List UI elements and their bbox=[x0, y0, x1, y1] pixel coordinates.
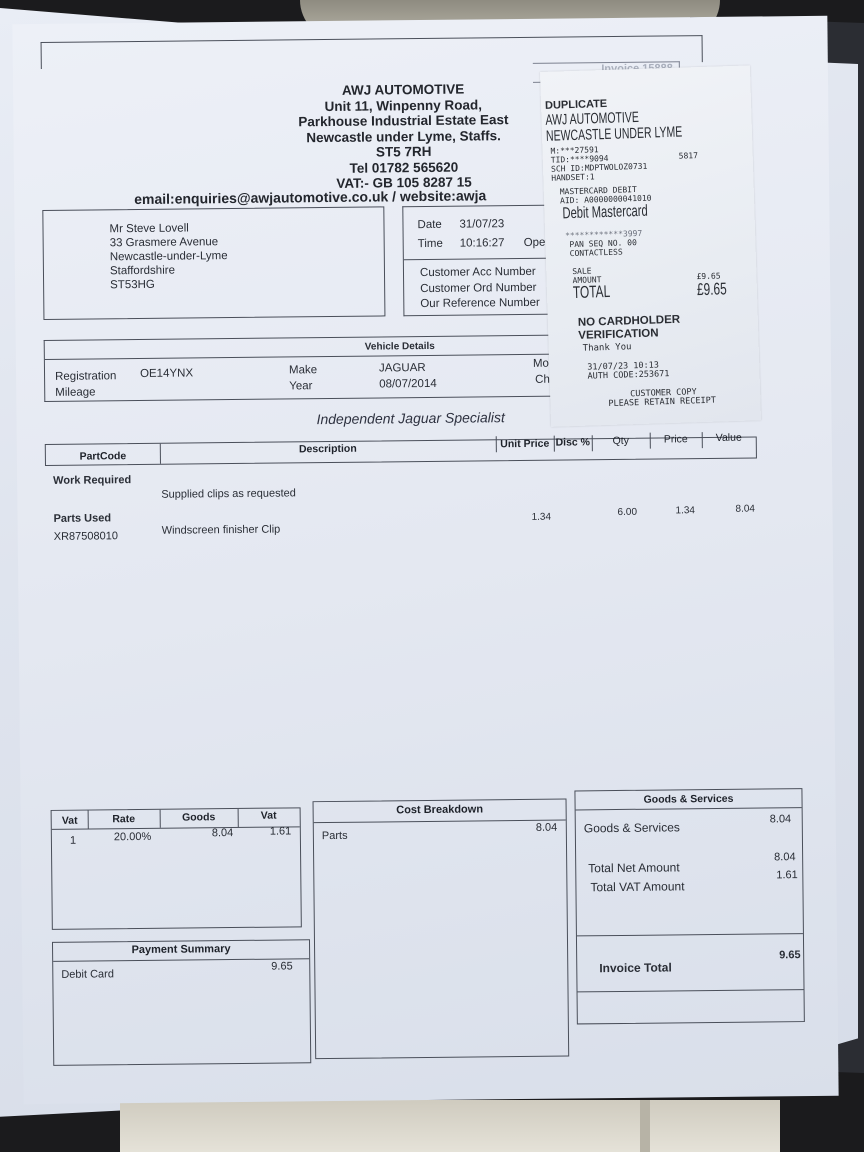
year-label: Year bbox=[289, 380, 312, 392]
vat-goods: 8.04 bbox=[212, 827, 234, 839]
tagline: Independent Jaguar Specialist bbox=[316, 409, 505, 427]
receipt-total-value: £9.65 bbox=[697, 279, 727, 300]
work-required-label: Work Required bbox=[53, 474, 131, 487]
value: 8.04 bbox=[735, 504, 755, 515]
payment-method: Debit Card bbox=[61, 968, 114, 981]
invoice-total-label: Invoice Total bbox=[599, 960, 672, 975]
vat-code: 1 bbox=[70, 835, 76, 847]
total-net-label: Total Net Amount bbox=[588, 860, 680, 875]
total-vat-value: 1.61 bbox=[776, 869, 798, 881]
cost-breakdown-box: Cost Breakdown Parts 8.04 bbox=[313, 799, 570, 1060]
registration-value: OE14YNX bbox=[140, 367, 193, 380]
customer-name: Mr Steve Lovell bbox=[109, 221, 227, 236]
receipt-location: NEWCASTLE UNDER LYME bbox=[546, 124, 683, 145]
vat-amount: 1.61 bbox=[270, 825, 292, 837]
invoice-total-value: 9.65 bbox=[779, 949, 801, 961]
customer-acc-label: Customer Acc Number bbox=[420, 266, 536, 279]
vat-col-goods: Goods bbox=[160, 811, 238, 824]
payment-summary-title: Payment Summary bbox=[53, 942, 309, 957]
receipt-method: CONTACTLESS bbox=[570, 247, 623, 258]
col-partcode: PartCode bbox=[46, 450, 160, 463]
parts-used-label: Parts Used bbox=[53, 512, 111, 525]
vat-col-vat: Vat bbox=[238, 809, 300, 822]
vehicle-details-title: Vehicle Details bbox=[365, 341, 435, 353]
unit-price: 1.34 bbox=[532, 512, 552, 523]
make-value: JAGUAR bbox=[379, 362, 426, 374]
customer-postcode: ST53HG bbox=[110, 277, 228, 292]
price: 1.34 bbox=[675, 505, 695, 516]
cost-row-value: 8.04 bbox=[536, 822, 558, 834]
registration-label: Registration bbox=[55, 370, 116, 383]
customer-address-line: 33 Grasmere Avenue bbox=[110, 235, 228, 250]
goods-services-value: 8.04 bbox=[770, 813, 792, 825]
payment-summary-box: Payment Summary Debit Card 9.65 bbox=[52, 939, 311, 1066]
items-table-header: PartCode Description Unit Price Disc % Q… bbox=[45, 437, 757, 466]
totals-box: Goods & Services Goods & Services 8.04 T… bbox=[574, 788, 804, 1024]
receipt-auth-code: AUTH CODE:253671 bbox=[587, 369, 669, 382]
part-code: XR87508010 bbox=[54, 530, 118, 543]
payment-amount: 9.65 bbox=[271, 960, 293, 972]
our-reference-label: Our Reference Number bbox=[420, 297, 540, 310]
customer-ord-label: Customer Ord Number bbox=[420, 282, 536, 295]
receipt-sch-id: SCH ID:MDPTWOLOZ0731 bbox=[551, 162, 648, 174]
part-description: Windscreen finisher Clip bbox=[162, 524, 281, 537]
company-address-line: Parkhouse Industrial Estate East bbox=[253, 112, 553, 131]
cost-row-label: Parts bbox=[322, 830, 348, 842]
total-net-value: 8.04 bbox=[774, 851, 796, 863]
date-value: 31/07/23 bbox=[459, 218, 504, 230]
col-price: Price bbox=[650, 433, 702, 446]
year-value: 08/07/2014 bbox=[379, 378, 437, 391]
mileage-label: Mileage bbox=[55, 386, 95, 398]
vat-table: Vat Rate Goods Vat 1 20.00% 8.04 1.61 bbox=[51, 807, 302, 930]
col-disc: Disc % bbox=[554, 436, 592, 448]
receipt-thanks: Thank You bbox=[583, 342, 632, 354]
col-description: Description bbox=[160, 441, 496, 457]
divider bbox=[45, 353, 605, 360]
company-contact[interactable]: email:enquiries@awjautomotive.co.uk / we… bbox=[134, 187, 486, 207]
customer-address-line: Newcastle-under-Lyme bbox=[110, 249, 228, 264]
vat-col-code: Vat bbox=[52, 815, 88, 827]
goods-services-label: Goods & Services bbox=[584, 820, 680, 835]
card-payment-receipt: DUPLICATE AWJ AUTOMOTIVE NEWCASTLE UNDER… bbox=[540, 65, 761, 426]
col-qty: Qty bbox=[592, 435, 650, 448]
qty: 6.00 bbox=[617, 507, 637, 518]
receipt-verification-1: NO CARDHOLDER bbox=[578, 314, 681, 329]
receipt-total-label: TOTAL bbox=[573, 282, 611, 303]
work-required-text: Supplied clips as requested bbox=[161, 487, 296, 500]
col-unit-price: Unit Price bbox=[496, 438, 554, 451]
vat-rate: 20.00% bbox=[114, 831, 151, 843]
totals-title: Goods & Services bbox=[575, 792, 801, 806]
receipt-tid-suffix: 5817 bbox=[679, 151, 699, 161]
car-seat-cushion bbox=[120, 1100, 780, 1152]
vat-col-rate: Rate bbox=[88, 813, 160, 826]
cost-breakdown-title: Cost Breakdown bbox=[314, 803, 566, 818]
company-header: AWJ AUTOMOTIVE Unit 11, Winpenny Road, P… bbox=[253, 81, 554, 193]
receipt-verification-2: VERIFICATION bbox=[578, 327, 659, 342]
receipt-handset: HANDSET:1 bbox=[551, 172, 595, 182]
time-value: 10:16:27 bbox=[460, 237, 505, 249]
operator-label: Ope bbox=[524, 237, 546, 249]
receipt-retain-line: PLEASE RETAIN RECEIPT bbox=[608, 396, 716, 409]
customer-address-line: Staffordshire bbox=[110, 263, 228, 278]
seat-seam bbox=[640, 1100, 650, 1152]
vehicle-details-box: Vehicle Details Registration OE14YNX Mil… bbox=[44, 334, 606, 402]
customer-address-box: Mr Steve Lovell 33 Grasmere Avenue Newca… bbox=[42, 206, 385, 320]
make-label: Make bbox=[289, 364, 317, 376]
time-label: Time bbox=[418, 238, 443, 250]
col-value: Value bbox=[702, 432, 756, 445]
date-label: Date bbox=[417, 219, 441, 231]
total-vat-label: Total VAT Amount bbox=[590, 879, 684, 894]
receipt-card-name: Debit Mastercard bbox=[562, 203, 648, 224]
